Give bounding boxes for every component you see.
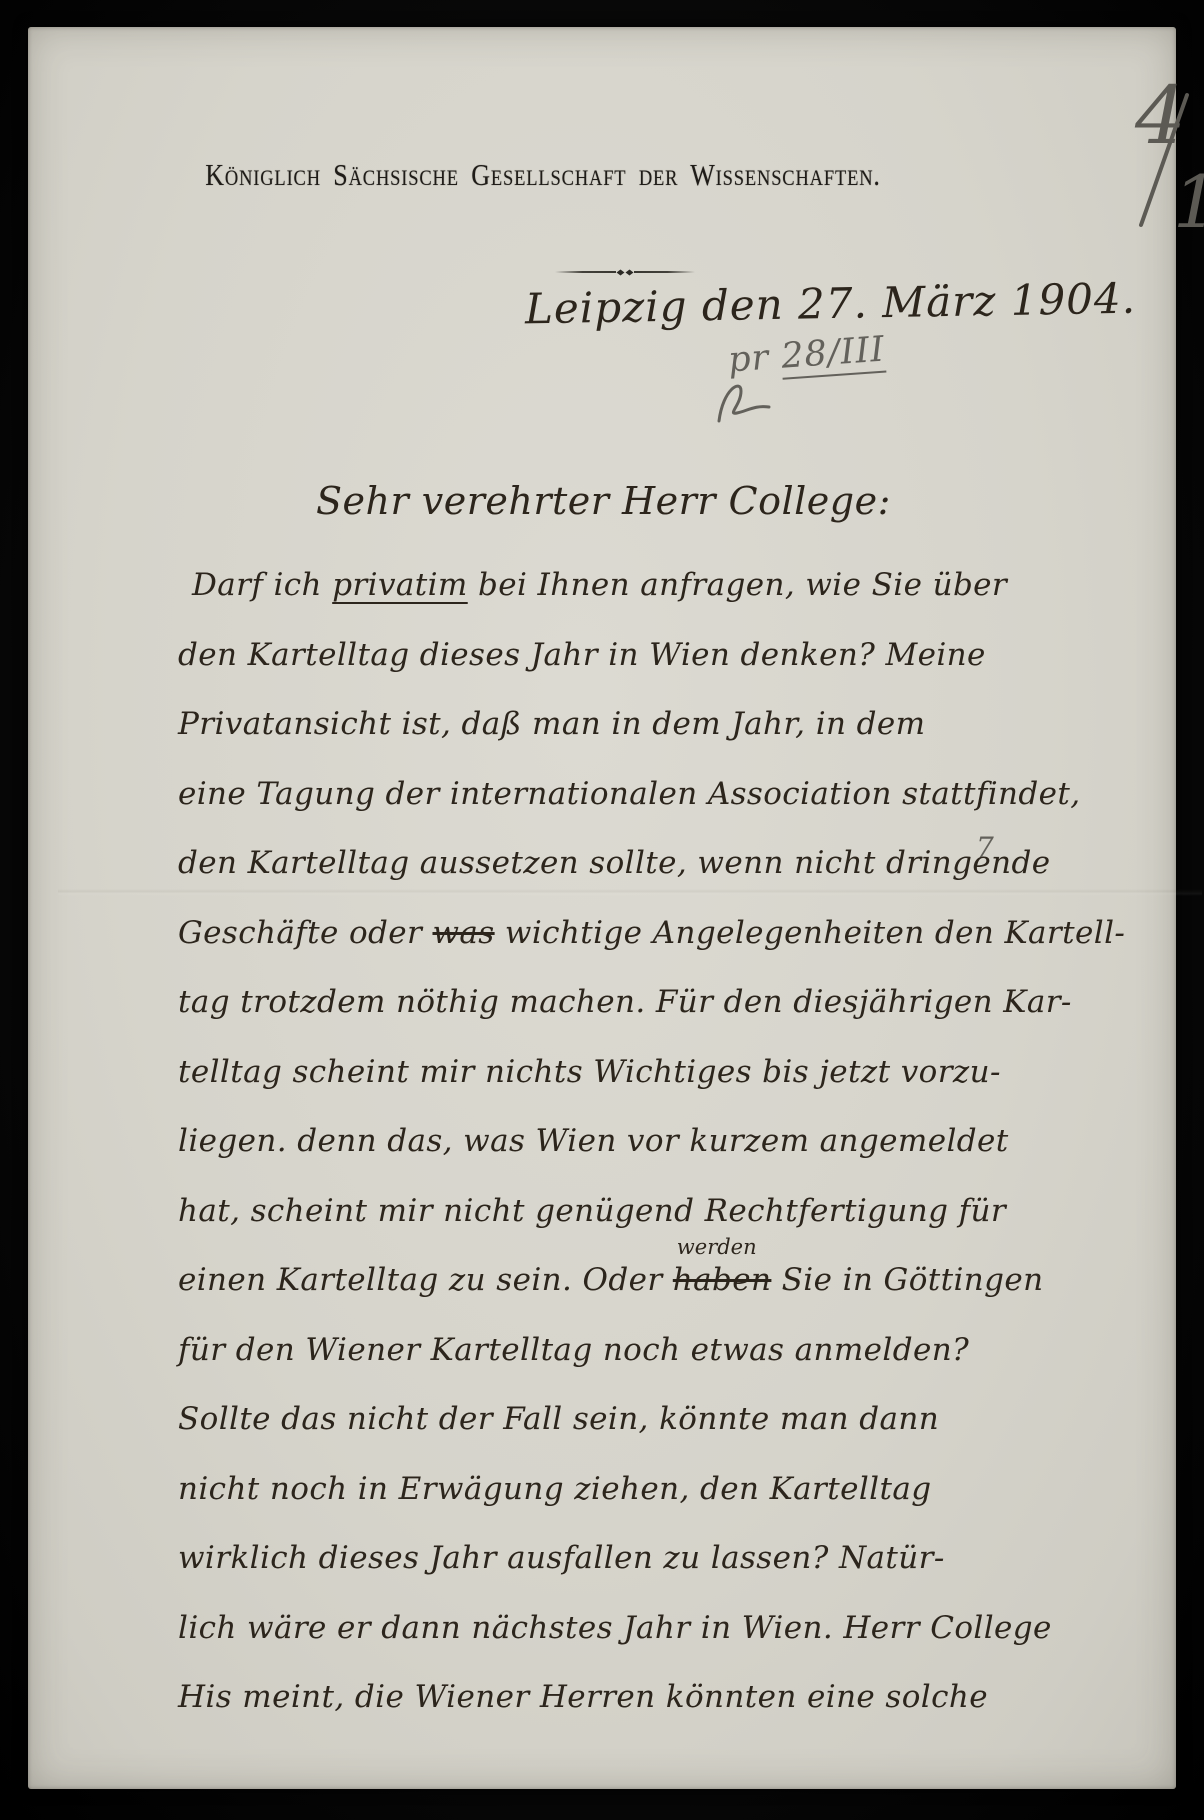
- divider-rule: [555, 271, 616, 273]
- corner-mark-denominator: 1: [1173, 160, 1204, 233]
- line-text: einen Kartelltag zu sein. Oder: [178, 1262, 673, 1298]
- handwritten-line: den Kartelltag aussetzen sollte, wenn ni…: [178, 845, 1158, 915]
- handwritten-line: eine Tagung der internationalen Associat…: [178, 776, 1158, 846]
- handwritten-line: liegen. denn das, was Wien vor kurzem an…: [178, 1123, 1158, 1193]
- letter-paper: Königlich Sächsische Gesellschaft der Wi…: [28, 27, 1176, 1789]
- struck-word: was: [432, 915, 494, 951]
- line-text: Privatansicht ist, daß man in dem Jahr, …: [178, 706, 925, 742]
- line-text: wirklich dieses Jahr ausfallen zu lassen…: [178, 1540, 945, 1576]
- diamond-ornament-icon: [626, 269, 634, 275]
- line-text: nicht noch in Erwägung ziehen, den Karte…: [178, 1471, 931, 1507]
- handwritten-line: hat, scheint mir nicht genügend Rechtfer…: [178, 1193, 1158, 1263]
- line-text: Sollte das nicht der Fall sein, könnte m…: [178, 1401, 939, 1437]
- receipt-note: pr 28/III: [727, 330, 886, 381]
- line-text: eine Tagung der internationalen Associat…: [178, 776, 1081, 812]
- letterhead-title: Königlich Sächsische Gesellschaft der Wi…: [186, 157, 900, 193]
- line-text: tag trotzdem nöthig machen. Für den dies…: [178, 984, 1072, 1020]
- line-text: lich wäre er dann nächstes Jahr in Wien.…: [178, 1610, 1052, 1646]
- line-text: Geschäfte oder: [178, 915, 432, 951]
- divider-rule: [634, 271, 695, 273]
- handwritten-line: His meint, die Wiener Herren könnten ein…: [178, 1679, 1158, 1749]
- line-text: den Kartelltag dieses Jahr in Wien denke…: [178, 637, 986, 673]
- line-text: für den Wiener Kartelltag noch etwas anm…: [178, 1332, 969, 1368]
- margin-number: 7: [976, 831, 994, 864]
- struck-word: haben: [673, 1262, 772, 1298]
- inserted-word: werden: [677, 1235, 757, 1259]
- handwritten-line: einen Kartelltag zu sein. Oder werdenhab…: [178, 1262, 1158, 1332]
- line-text: hat, scheint mir nicht genügend Rechtfer…: [178, 1193, 1006, 1229]
- line-text: telltag scheint mir nichts Wichtiges bis…: [178, 1054, 1001, 1090]
- handwritten-line: nicht noch in Erwägung ziehen, den Karte…: [178, 1471, 1158, 1541]
- handwritten-line: für den Wiener Kartelltag noch etwas anm…: [178, 1332, 1158, 1402]
- handwritten-line: den Kartelltag dieses Jahr in Wien denke…: [178, 637, 1158, 707]
- line-text: wichtige Angelegenheiten den Kartell-: [495, 915, 1126, 951]
- handwritten-line: lich wäre er dann nächstes Jahr in Wien.…: [178, 1610, 1158, 1680]
- line-text: bei Ihnen anfragen, wie Sie über: [468, 567, 1007, 603]
- line-text: Sie in Göttingen: [771, 1262, 1043, 1298]
- handwritten-line: tag trotzdem nöthig machen. Für den dies…: [178, 984, 1158, 1054]
- receipt-paraph-icon: [711, 375, 775, 427]
- handwritten-line: Darf ich privatim bei Ihnen anfragen, wi…: [178, 567, 1158, 637]
- corner-page-mark: 4 1: [1121, 65, 1204, 238]
- dateline: Leipzig den 27. März 1904.: [525, 274, 1137, 334]
- diamond-ornament-icon: [617, 269, 625, 275]
- handwritten-line: Sollte das nicht der Fall sein, könnte m…: [178, 1401, 1158, 1471]
- handwritten-line: Privatansicht ist, daß man in dem Jahr, …: [178, 706, 1158, 776]
- line-text: liegen. denn das, was Wien vor kurzem an…: [178, 1123, 1009, 1159]
- salutation: Sehr verehrter Herr College:: [316, 479, 891, 523]
- receipt-note-prefix: pr: [727, 337, 783, 381]
- letter-body: Darf ich privatim bei Ihnen anfragen, wi…: [178, 567, 1158, 1749]
- line-text: Darf ich: [192, 567, 332, 603]
- letterhead-divider: [555, 267, 695, 277]
- receipt-note-date: 28/III: [780, 330, 887, 380]
- handwritten-line: wirklich dieses Jahr ausfallen zu lassen…: [178, 1540, 1158, 1610]
- handwritten-line: telltag scheint mir nichts Wichtiges bis…: [178, 1054, 1158, 1124]
- line-text: den Kartelltag aussetzen sollte, wenn ni…: [178, 845, 1051, 881]
- handwritten-line: Geschäfte oder was wichtige Angelegenhei…: [178, 915, 1158, 985]
- line-text: His meint, die Wiener Herren könnten ein…: [178, 1679, 988, 1715]
- scan-background: Königlich Sächsische Gesellschaft der Wi…: [0, 0, 1204, 1820]
- underlined-word: privatim: [332, 567, 468, 603]
